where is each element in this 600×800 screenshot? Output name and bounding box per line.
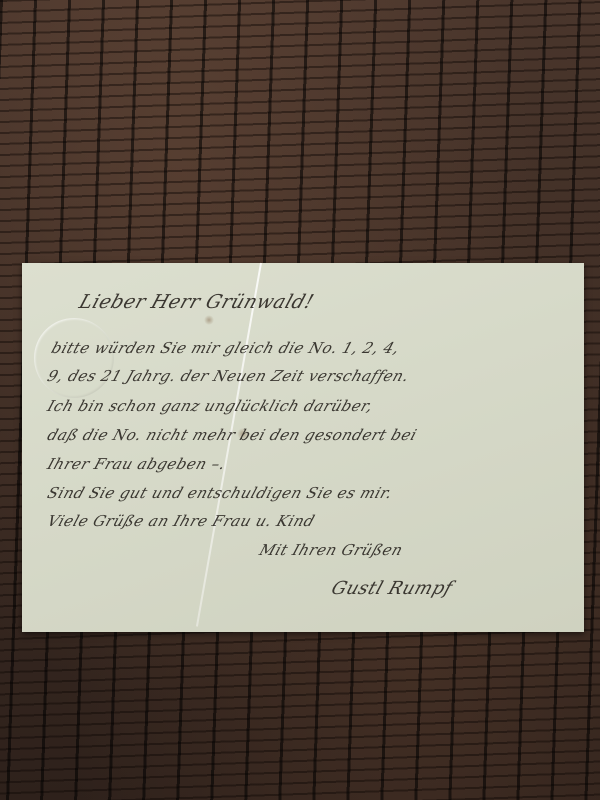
letter-line: bitte würden Sie mir gleich die No. 1, 2…: [49, 339, 402, 357]
ink-stain: [204, 315, 214, 325]
letter-line: daß die No. nicht mehr bei den gesondert…: [45, 426, 419, 444]
salutation: Lieber Herr Grünwald!: [76, 291, 316, 313]
letter-line: 9, des 21 Jahrg. der Neuen Zeit verschaf…: [45, 367, 412, 385]
postcard: Lieber Herr Grünwald! bitte würden Sie m…: [22, 263, 584, 632]
closing: Mit Ihren Grüßen: [257, 541, 405, 559]
letter-line: Viele Grüße an Ihre Frau u. Kind: [45, 512, 317, 530]
signature: Gustl Rumpf: [329, 578, 456, 599]
letter-line: Ich bin schon ganz unglücklich darüber,: [45, 397, 375, 415]
letter-line: Ihrer Frau abgeben –.: [45, 455, 228, 473]
letter-line: Sind Sie gut und entschuldigen Sie es mi…: [45, 484, 395, 502]
embossed-seal: [34, 318, 114, 398]
